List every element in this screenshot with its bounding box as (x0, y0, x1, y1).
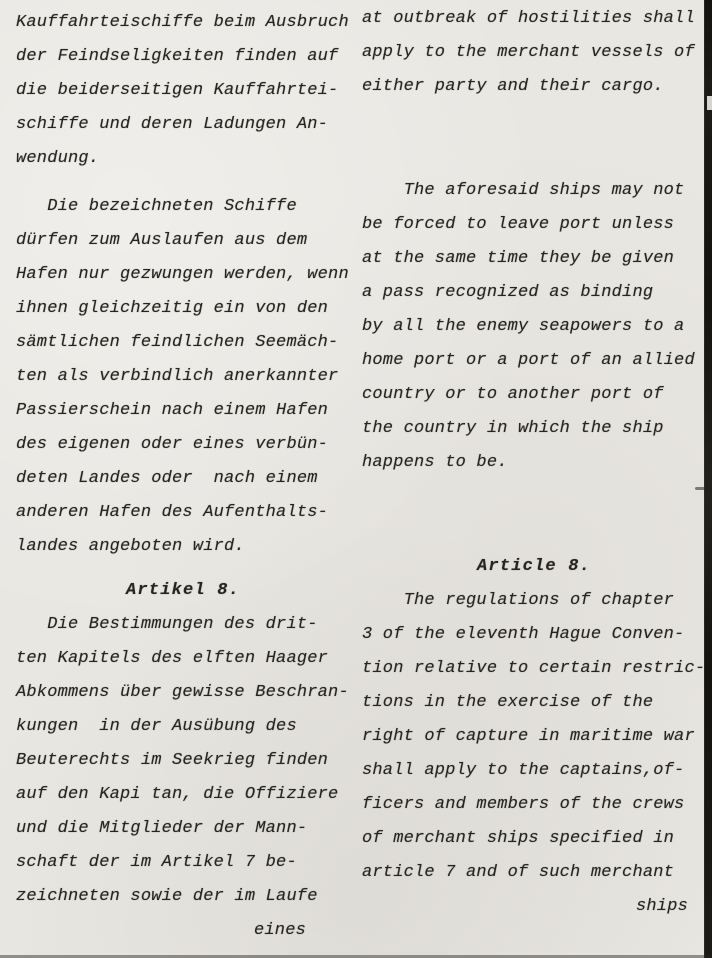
paragraph: Die Bestimmungen des drit-ten Kapitels d… (16, 608, 350, 914)
text-line: Article 8. (362, 550, 706, 584)
text-line: eines (16, 914, 306, 948)
text-line: the country in which the ship (362, 412, 706, 446)
text-line: The aforesaid ships may not (362, 174, 706, 208)
article-heading: Artikel 8. (16, 574, 350, 608)
text-line: wendung. (16, 142, 350, 176)
paragraph: eines (16, 914, 350, 948)
text-line: a pass recognized as binding (362, 276, 706, 310)
text-line: landes angeboten wird. (16, 530, 350, 564)
german-text-column: Kauffahrteischiffe beim Ausbruchder Fein… (16, 6, 350, 948)
scan-edge-right-band (704, 0, 712, 958)
text-line: Die Bestimmungen des drit- (16, 608, 350, 642)
text-line: Kauffahrteischiffe beim Ausbruch (16, 6, 350, 40)
text-line: Die bezeichneten Schiffe (16, 190, 350, 224)
text-line: schiffe und deren Ladungen An- (16, 108, 350, 142)
paragraph: The regulations of chapter3 of the eleve… (362, 584, 706, 890)
text-line: des eigenen oder eines verbün- (16, 428, 350, 462)
text-line: die beiderseitigen Kauffahrtei- (16, 74, 350, 108)
text-line: right of capture in maritime war (362, 720, 706, 754)
english-text-column: at outbreak of hostilities shallapply to… (362, 2, 706, 924)
paragraph: The aforesaid ships may notbe forced to … (362, 174, 706, 480)
text-line: ten Kapitels des elften Haager (16, 642, 350, 676)
text-line: und die Mitglieder der Mann- (16, 812, 350, 846)
text-line: tion relative to certain restric- (362, 652, 706, 686)
text-line: by all the enemy seapowers to a (362, 310, 706, 344)
paragraph: Die bezeichneten Schiffedürfen zum Ausla… (16, 190, 350, 564)
text-line: anderen Hafen des Aufenthalts- (16, 496, 350, 530)
text-line: auf den Kapi tan, die Offiziere (16, 778, 350, 812)
text-line: kungen in der Ausübung des (16, 710, 350, 744)
text-line: deten Landes oder nach einem (16, 462, 350, 496)
text-line: schaft der im Artikel 7 be- (16, 846, 350, 880)
text-line: 3 of the eleventh Hague Conven- (362, 618, 706, 652)
text-line: shall apply to the captains,of- (362, 754, 706, 788)
text-line: Artikel 8. (16, 574, 350, 608)
text-line: at outbreak of hostilities shall (362, 2, 706, 36)
text-line: Abkommens über gewisse Beschran- (16, 676, 350, 710)
text-line: happens to be. (362, 446, 706, 480)
paragraph: Kauffahrteischiffe beim Ausbruchder Fein… (16, 6, 350, 176)
text-line: apply to the merchant vessels of (362, 36, 706, 70)
article-heading: Article 8. (362, 550, 706, 584)
text-line: ten als verbindlich anerkannter (16, 360, 350, 394)
text-line: ficers and members of the crews (362, 788, 706, 822)
text-line: be forced to leave port unless (362, 208, 706, 242)
text-line: home port or a port of an allied (362, 344, 706, 378)
text-line: The regulations of chapter (362, 584, 706, 618)
text-line: ships (362, 890, 688, 924)
text-line: zeichneten sowie der im Laufe (16, 880, 350, 914)
text-line: Passierschein nach einem Hafen (16, 394, 350, 428)
text-line: ihnen gleichzeitig ein von den (16, 292, 350, 326)
text-line: Beuterechts im Seekrieg finden (16, 744, 350, 778)
paragraph: ships (362, 890, 706, 924)
text-line: of merchant ships specified in (362, 822, 706, 856)
text-line: either party and their cargo. (362, 70, 706, 104)
scanned-treaty-page: Kauffahrteischiffe beim Ausbruchder Fein… (0, 0, 712, 958)
text-line: Hafen nur gezwungen werden, wenn (16, 258, 350, 292)
text-line: country or to another port of (362, 378, 706, 412)
scan-smudge-mark (695, 487, 707, 490)
text-line: sämtlichen feindlichen Seemäch- (16, 326, 350, 360)
text-line: tions in the exercise of the (362, 686, 706, 720)
text-line: dürfen zum Auslaufen aus dem (16, 224, 350, 258)
text-line: article 7 and of such merchant (362, 856, 706, 890)
paragraph: at outbreak of hostilities shallapply to… (362, 2, 706, 104)
text-line: der Feindseligkeiten finden auf (16, 40, 350, 74)
scan-edge-notch (707, 96, 712, 110)
text-line: at the same time they be given (362, 242, 706, 276)
